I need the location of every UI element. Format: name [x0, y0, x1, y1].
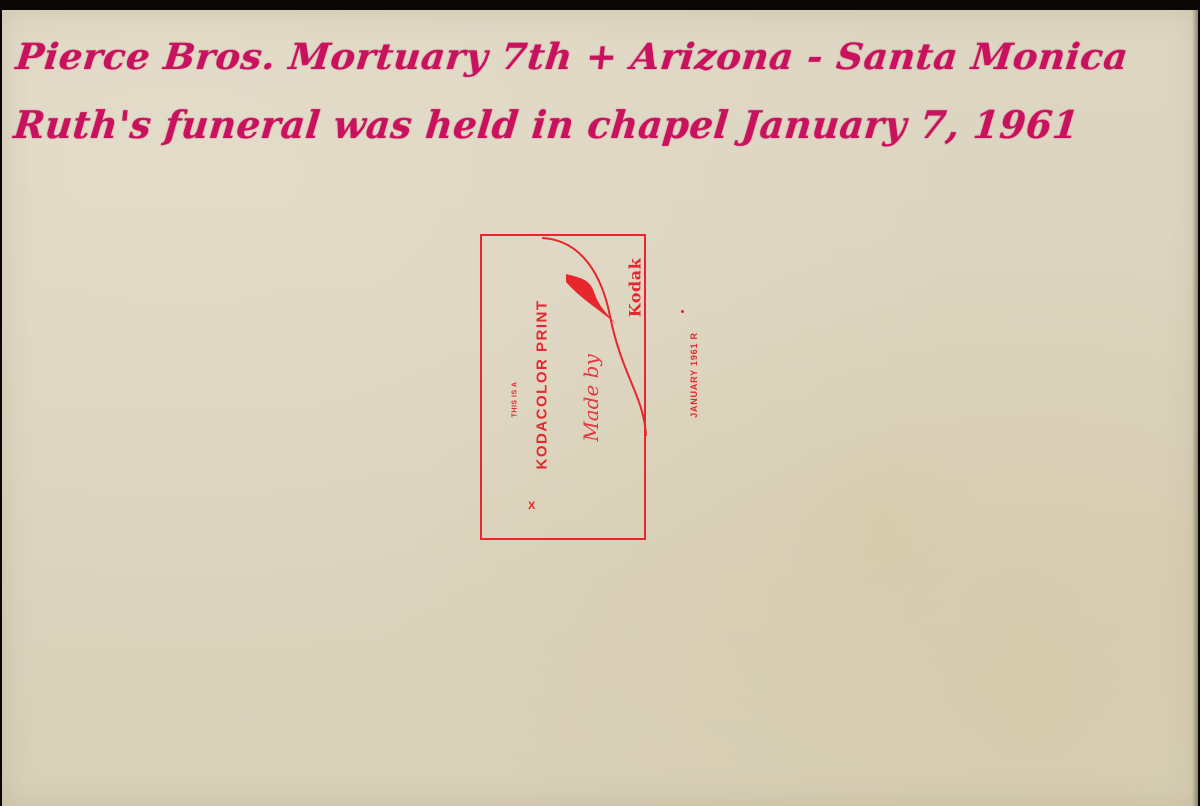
stamp-kodacolor-print-text: KODACOLOR PRINT [534, 265, 551, 505]
stamp-kodak-logo-text: Kodak [626, 243, 645, 333]
handwritten-funeral-note: Ruth's funeral was held in chapel Januar… [12, 102, 1082, 147]
paper-stain [902, 610, 1162, 790]
handwritten-address-line: Pierce Bros. Mortuary 7th + Arizona - Sa… [14, 36, 1131, 78]
stamp-made-by-text: Made by [579, 333, 603, 463]
date-code-dot [681, 310, 684, 313]
print-date-code: JANUARY 1961 R [689, 295, 699, 455]
paper-stain [782, 430, 982, 630]
kodak-curl-icon [482, 236, 648, 542]
photo-back: Pierce Bros. Mortuary 7th + Arizona - Sa… [2, 10, 1198, 806]
stamp-x-mark: X [528, 500, 535, 512]
photo-edge-shadow [1192, 10, 1198, 806]
stamp-this-is-a-text: THIS IS A [512, 365, 519, 435]
kodacolor-print-stamp: THIS IS A KODACOLOR PRINT Made by Kodak … [480, 234, 646, 540]
